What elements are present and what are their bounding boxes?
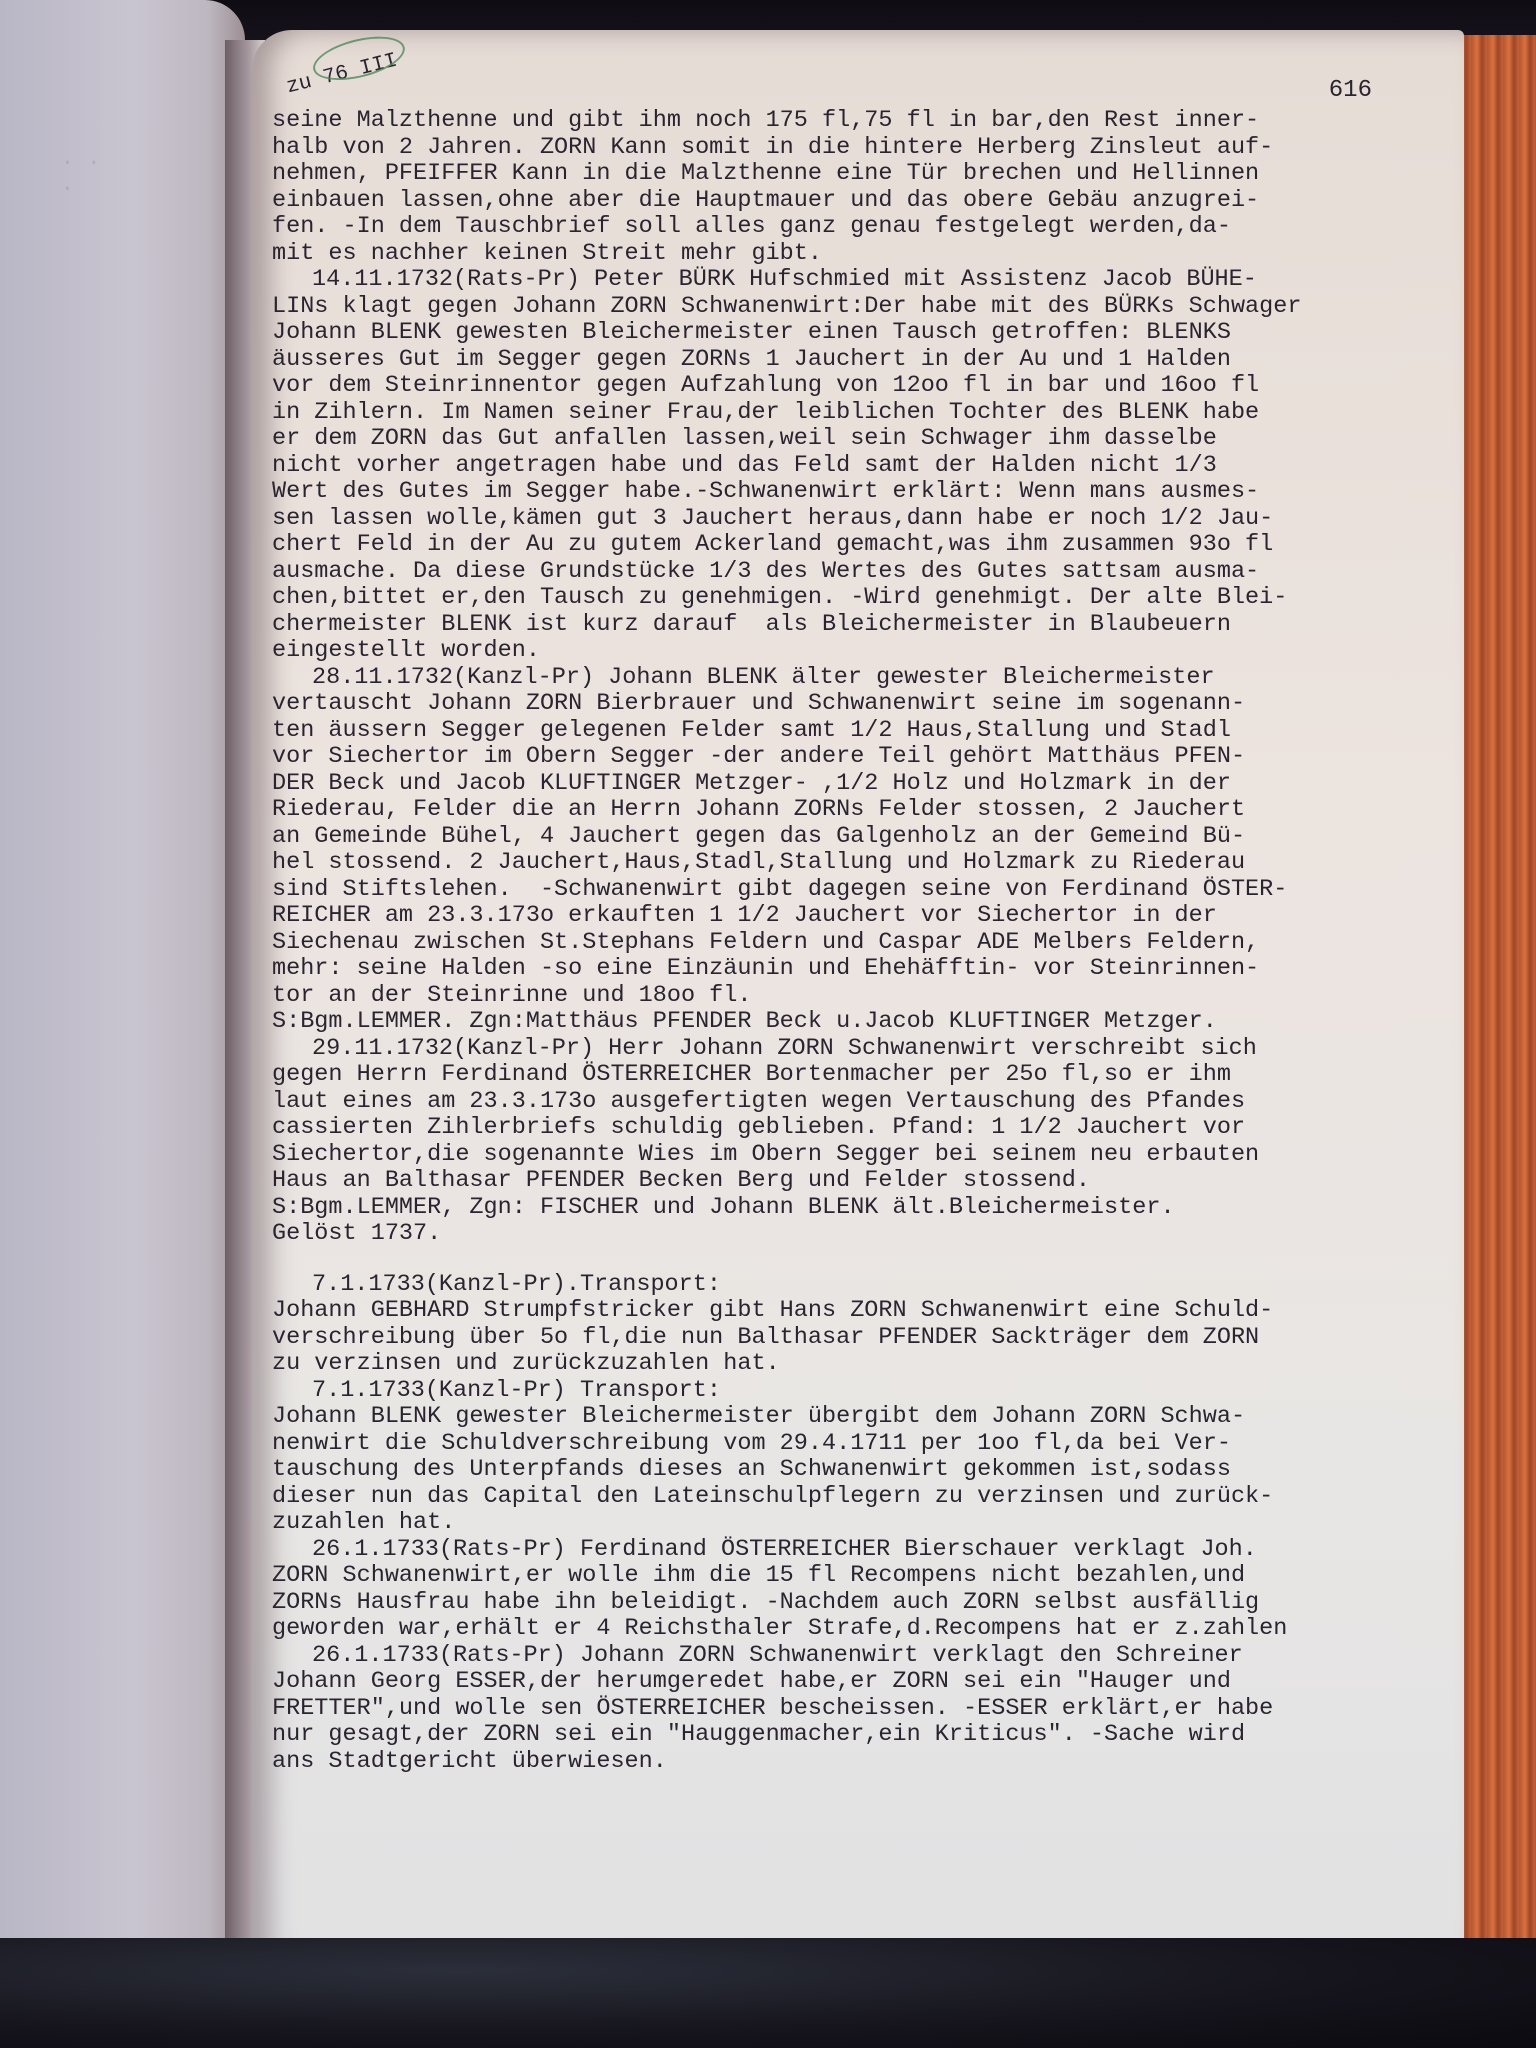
text-line: Siechenau zwischen St.Stephans Feldern u… [272,930,1452,957]
text-line: vertauscht Johann ZORN Bierbrauer und Sc… [272,691,1452,718]
entry-date-line: 29.11.1732(Kanzl-Pr) Herr Johann ZORN Sc… [272,1036,1452,1063]
text-line: chert Feld in der Au zu gutem Ackerland … [272,532,1452,559]
text-line: Riederau, Felder die an Herrn Johann ZOR… [272,797,1452,824]
record-entry: 26.1.1733(Rats-Pr) Johann ZORN Schwanenw… [272,1643,1452,1776]
text-line: vor dem Steinrinnentor gegen Aufzahlung … [272,373,1452,400]
text-line: nenwirt die Schuldverschreibung vom 29.4… [272,1431,1452,1458]
right-page: zu 76 III 616 seine Malzthenne und gibt … [252,30,1464,1990]
page-edges [1455,35,1536,1980]
entry-date-line: 26.1.1733(Rats-Pr) Johann ZORN Schwanenw… [272,1643,1452,1670]
text-line: eingestellt worden. [272,638,1452,665]
left-page: . . . [0,0,245,1990]
entry-date-line: 7.1.1733(Kanzl-Pr).Transport: [272,1272,1452,1299]
text-line: tauschung des Unterpfands dieses an Schw… [272,1457,1452,1484]
text-line: Johann Georg ESSER,der herumgeredet habe… [272,1669,1452,1696]
text-line: S:Bgm.LEMMER, Zgn: FISCHER und Johann BL… [272,1195,1452,1222]
text-line: cassierten Zihlerbriefs schuldig geblieb… [272,1115,1452,1142]
text-line: geworden war,erhält er 4 Reichsthaler St… [272,1616,1452,1643]
text-line: Haus an Balthasar PFENDER Becken Berg un… [272,1168,1452,1195]
entry-date-line: 26.1.1733(Rats-Pr) Ferdinand ÖSTERREICHE… [272,1537,1452,1564]
text-line: S:Bgm.LEMMER. Zgn:Matthäus PFENDER Beck … [272,1009,1452,1036]
typewritten-text: zu 76 III 616 seine Malzthenne und gibt … [272,78,1452,1775]
margin-note: zu 76 III [284,49,400,102]
text-line: seine Malzthenne und gibt ihm noch 175 f… [272,108,1452,135]
text-line: einbauen lassen,ohne aber die Hauptmauer… [272,188,1452,215]
left-page-bleed-text: . . . [8,120,225,1870]
text-line: halb von 2 Jahren. ZORN Kann somit in di… [272,135,1452,162]
text-line: Gelöst 1737. [272,1221,1452,1248]
text-line: vor Siechertor im Obern Segger -der ande… [272,744,1452,771]
record-entry: 28.11.1732(Kanzl-Pr) Johann BLENK älter … [272,665,1452,1036]
entries: 14.11.1732(Rats-Pr) Peter BÜRK Hufschmie… [272,267,1452,1775]
text-line: chermeister BLENK ist kurz darauf als Bl… [272,612,1452,639]
text-line: er dem ZORN das Gut anfallen lassen,weil… [272,426,1452,453]
text-line: DER Beck und Jacob KLUFTINGER Metzger- ,… [272,771,1452,798]
text-line: zuzahlen hat. [272,1510,1452,1537]
intro-paragraph: seine Malzthenne und gibt ihm noch 175 f… [272,108,1452,267]
text-line: Johann BLENK gewester Bleichermeister üb… [272,1404,1452,1431]
text-line: chen,bittet er,den Tausch zu genehmigen.… [272,585,1452,612]
text-line: nicht vorher angetragen habe und das Fel… [272,453,1452,480]
text-line: Wert des Gutes im Segger habe.-Schwanenw… [272,479,1452,506]
text-line: nehmen, PFEIFFER Kann in die Malzthenne … [272,161,1452,188]
record-entry: 7.1.1733(Kanzl-Pr).Transport:Johann GEBH… [272,1248,1452,1378]
text-line: dieser nun das Capital den Lateinschulpf… [272,1484,1452,1511]
record-entry: 26.1.1733(Rats-Pr) Ferdinand ÖSTERREICHE… [272,1537,1452,1643]
text-line: nur gesagt,der ZORN sei ein "Hauggenmach… [272,1722,1452,1749]
text-line: REICHER am 23.3.173o erkauften 1 1/2 Jau… [272,903,1452,930]
text-line: ZORN Schwanenwirt,er wolle ihm die 15 fl… [272,1563,1452,1590]
entry-date-line: 7.1.1733(Kanzl-Pr) Transport: [272,1378,1452,1405]
text-line: tor an der Steinrinne und 18oo fl. [272,983,1452,1010]
text-line: laut eines am 23.3.173o ausgefertigten w… [272,1089,1452,1116]
text-line: Johann GEBHARD Strumpfstricker gibt Hans… [272,1298,1452,1325]
text-line: äusseres Gut im Segger gegen ZORNs 1 Jau… [272,347,1452,374]
text-line: gegen Herrn Ferdinand ÖSTERREICHER Borte… [272,1062,1452,1089]
entry-date-line: 28.11.1732(Kanzl-Pr) Johann BLENK älter … [272,665,1452,692]
text-line: an Gemeinde Bühel, 4 Jauchert gegen das … [272,824,1452,851]
text-line: fen. -In dem Tauschbrief soll alles ganz… [272,214,1452,241]
entry-date-line: 14.11.1732(Rats-Pr) Peter BÜRK Hufschmie… [272,267,1452,294]
text-line: sen lassen wolle,kämen gut 3 Jauchert he… [272,506,1452,533]
text-line: LINs klagt gegen Johann ZORN Schwanenwir… [272,294,1452,321]
record-entry: 29.11.1732(Kanzl-Pr) Herr Johann ZORN Sc… [272,1036,1452,1248]
text-line: FRETTER",und wolle sen ÖSTERREICHER besc… [272,1696,1452,1723]
text-line: sind Stiftslehen. -Schwanenwirt gibt dag… [272,877,1452,904]
text-line: verschreibung über 5o fl,die nun Balthas… [272,1325,1452,1352]
text-line: mehr: seine Halden -so eine Einzäunin un… [272,956,1452,983]
text-line: zu verzinsen und zurückzuzahlen hat. [272,1351,1452,1378]
record-entry: 14.11.1732(Rats-Pr) Peter BÜRK Hufschmie… [272,267,1452,665]
record-entry: 7.1.1733(Kanzl-Pr) Transport:Johann BLEN… [272,1378,1452,1537]
text-line: ten äussern Segger gelegenen Felder samt… [272,718,1452,745]
text-line: hel stossend. 2 Jauchert,Haus,Stadl,Stal… [272,850,1452,877]
page-number: 616 [1329,78,1372,105]
text-line: ans Stadtgericht überwiesen. [272,1749,1452,1776]
text-line: ZORNs Hausfrau habe ihn beleidigt. -Nach… [272,1590,1452,1617]
text-line: Siechertor,die sogenannte Wies im Obern … [272,1142,1452,1169]
desk-surface [0,1938,1536,2048]
text-line: ausmache. Da diese Grundstücke 1/3 des W… [272,559,1452,586]
text-line: mit es nachher keinen Streit mehr gibt. [272,241,1452,268]
text-line: Johann BLENK gewesten Bleichermeister ei… [272,320,1452,347]
page-header: zu 76 III 616 [272,78,1452,108]
text-line: in Zihlern. Im Namen seiner Frau,der lei… [272,400,1452,427]
